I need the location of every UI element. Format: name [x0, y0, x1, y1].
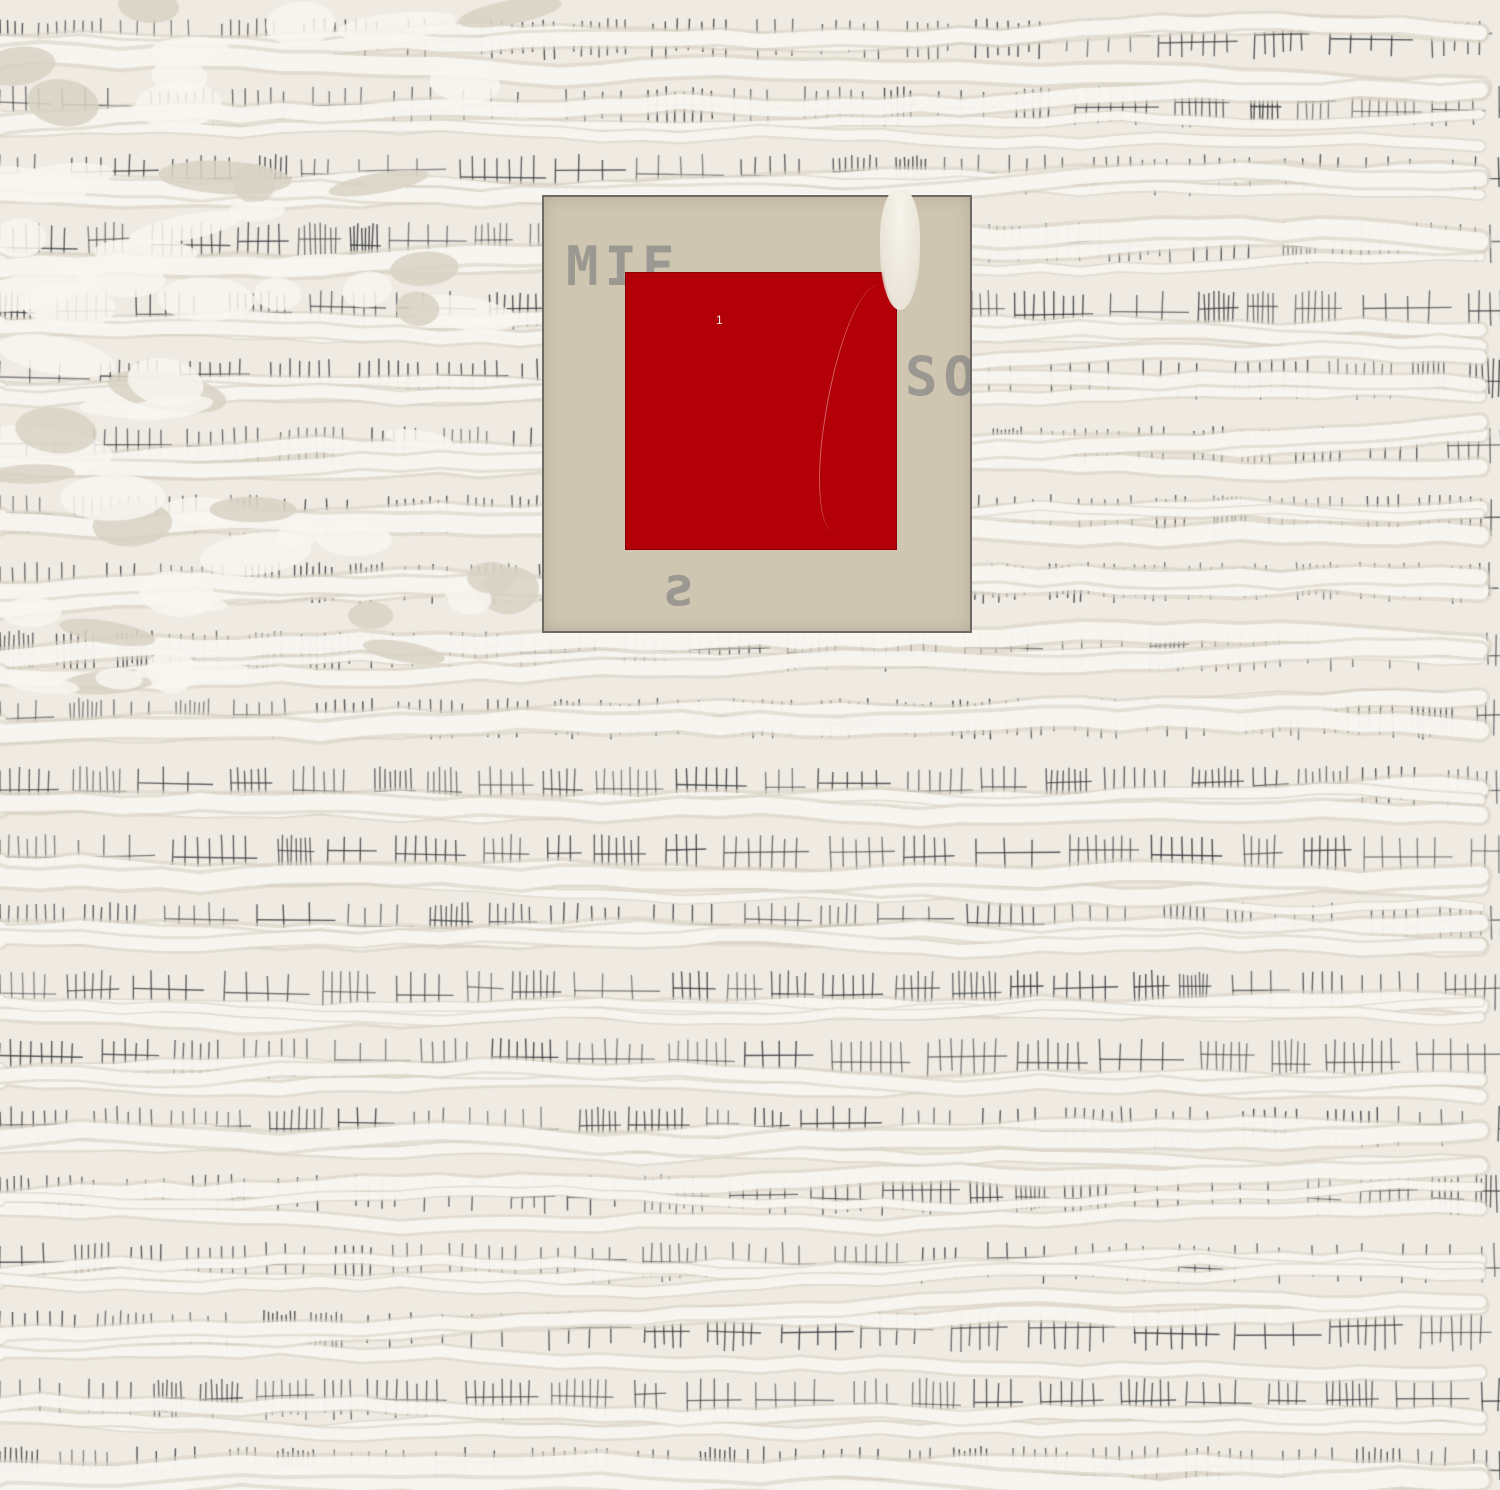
paint-drip [880, 190, 920, 310]
red-square-mark: 1 [716, 313, 723, 327]
artwork-canvas: ƎIM SO ƨ 1 [0, 0, 1500, 1490]
scratch-line [809, 280, 904, 536]
glyphs-bottom: ƨ [662, 555, 701, 618]
red-square: 1 [626, 273, 896, 549]
glyphs-right: SO [905, 345, 972, 408]
